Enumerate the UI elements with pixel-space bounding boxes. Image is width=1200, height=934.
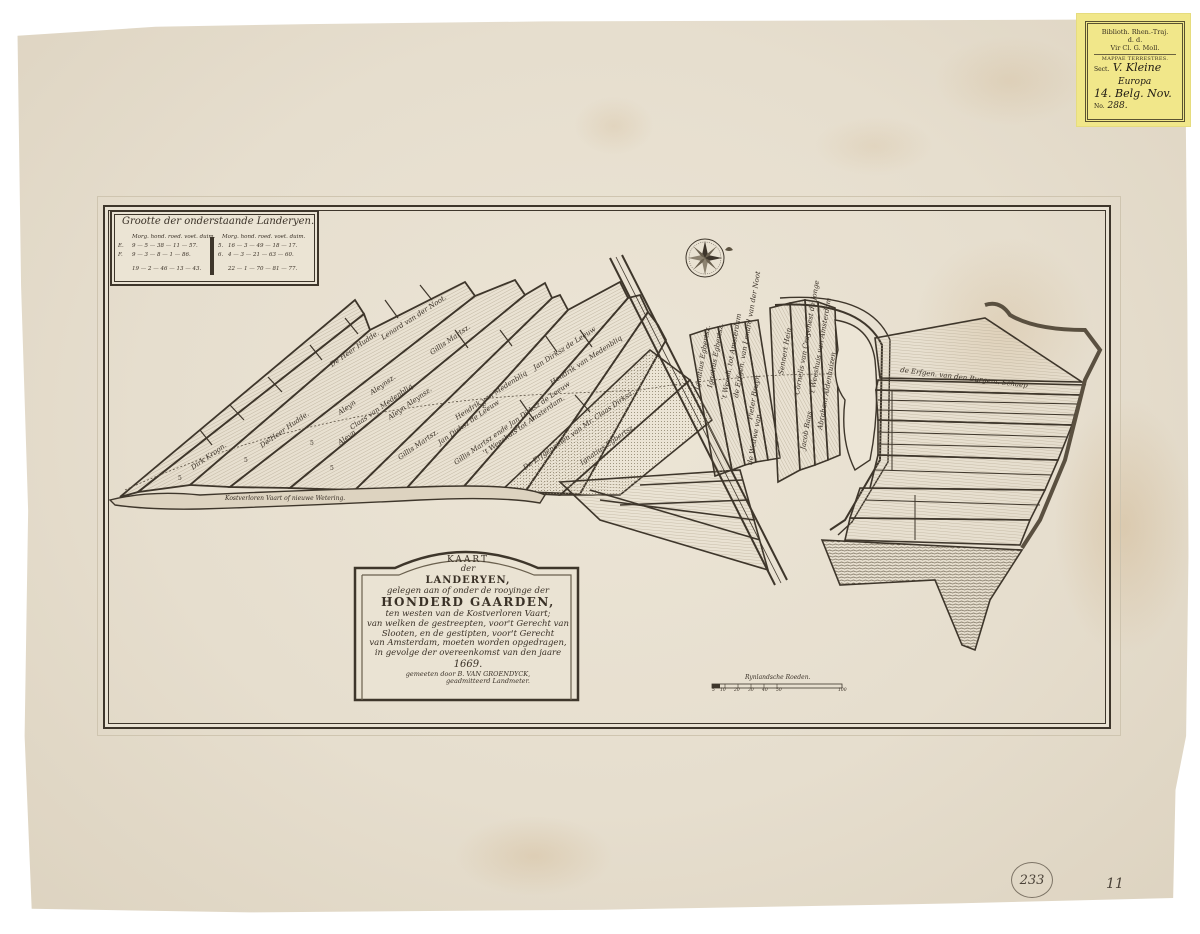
- scale-tick: 40: [762, 688, 768, 693]
- scale-tick: 10: [720, 688, 726, 693]
- library-dd: d. d.: [1088, 36, 1182, 44]
- svg-text:5: 5: [267, 437, 271, 444]
- legend-column-headers: Morg. hond. roed. voet. duim.: [222, 234, 305, 240]
- svg-text:5: 5: [178, 475, 182, 482]
- legend-values: 9 — 3 — 8 — 1 — 86.: [132, 252, 191, 258]
- waterway-label: Kostverloren Vaart of nieuwe Wetering.: [224, 495, 345, 502]
- legend-column-headers: Morg. hond. roed. voet. duim.: [132, 234, 215, 240]
- number-prefix: No.: [1094, 103, 1105, 110]
- wedge-parcels: [560, 470, 768, 570]
- svg-text:5: 5: [244, 457, 248, 464]
- legend-values: 4 — 3 — 21 — 63 — 60.: [228, 252, 294, 258]
- legend-title: Grootte der onderstaande Landeryen.: [122, 216, 314, 227]
- page-number: 11: [1106, 876, 1124, 892]
- marsh-area: [822, 540, 1022, 650]
- sect-prefix: Sect.: [1094, 66, 1109, 73]
- library-label: Biblioth. Rhen.-Traj. d. d. Vir Cl. G. M…: [1077, 14, 1190, 126]
- legend-key: 6.: [218, 252, 223, 258]
- title-line: LANDERYEN,: [362, 575, 574, 587]
- legend-key: E.: [118, 243, 124, 249]
- shelf-mark: 14. Belg. Nov.: [1088, 88, 1182, 100]
- title-line: in gevolge der overeenkomst van den jaar…: [362, 649, 574, 659]
- scale-tick: 20: [734, 688, 740, 693]
- map-drawing: Kostverloren Vaart of nieuwe Wetering. D…: [0, 0, 1200, 934]
- legend-values: 16 — 3 — 49 — 18 — 17.: [228, 243, 297, 249]
- svg-text:5: 5: [310, 440, 314, 447]
- legend-values: 9 — 5 — 38 — 11 — 57.: [132, 243, 198, 249]
- scale-tick: 50: [776, 688, 782, 693]
- legend-total: 19 — 2 — 46 — 13 — 43.: [132, 266, 201, 272]
- library-donor: Vir Cl. G. Moll.: [1088, 44, 1182, 52]
- svg-text:5: 5: [330, 465, 334, 472]
- sect-value: V. Kleine: [1113, 61, 1161, 74]
- area-legend-table: Grootte der onderstaande Landeryen. Morg…: [110, 210, 319, 286]
- svg-text:F: F: [515, 425, 519, 432]
- scale-tick: 5: [712, 688, 715, 693]
- inner-water: [835, 320, 877, 470]
- cartouche-title: KAART der LANDERYEN, gelegen aan of onde…: [362, 555, 574, 685]
- title-line: der: [362, 565, 574, 575]
- library-name: Biblioth. Rhen.-Traj.: [1088, 28, 1182, 36]
- legend-key: F.: [118, 252, 123, 258]
- middle-parcels: [690, 300, 840, 482]
- legend-key: 5.: [218, 243, 223, 249]
- right-parcels: [845, 318, 1085, 545]
- legend-divider: [210, 237, 214, 275]
- scale-tick: 100: [838, 688, 847, 693]
- title-line: HONDERD GAARDEN,: [362, 596, 574, 610]
- compass-rose-icon: [686, 239, 733, 277]
- svg-text:E: E: [482, 403, 486, 410]
- title-year: 1669.: [362, 659, 574, 671]
- circled-archive-number: 233: [1011, 862, 1053, 898]
- catalog-number: 288.: [1108, 101, 1128, 111]
- scale-tick: 30: [748, 688, 754, 693]
- legend-total: 22 — 1 — 70 — 81 — 77.: [228, 266, 297, 272]
- surveyor-title: geadmitteerd Landmeter.: [362, 678, 574, 685]
- scale-label: Rynlandsche Roeden.: [745, 674, 810, 681]
